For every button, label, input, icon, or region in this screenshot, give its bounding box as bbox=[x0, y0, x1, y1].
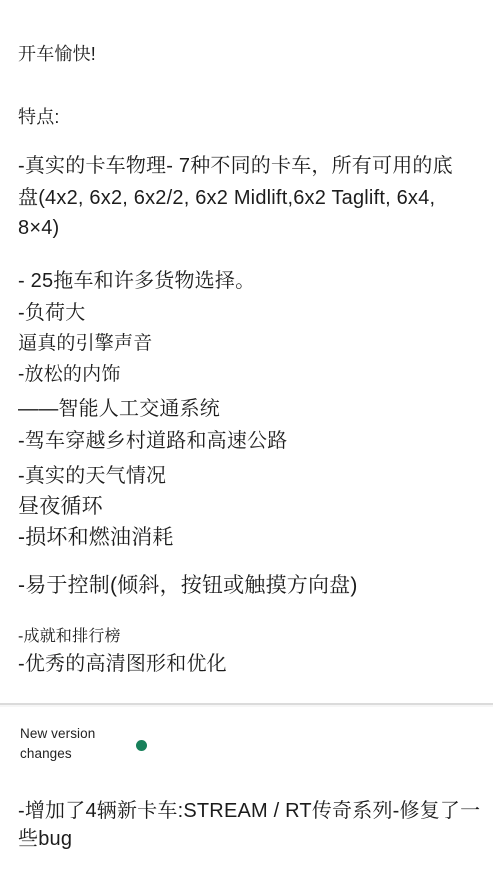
greeting-text: 开车愉快! bbox=[18, 44, 96, 66]
feature-line: 盘(4x2, 6x2, 6x2/2, 6x2 Midlift,6x2 Tagli… bbox=[18, 186, 435, 210]
feature-line: -驾车穿越乡村道路和高速公路 bbox=[18, 429, 287, 453]
new-version-indicator-dot bbox=[136, 740, 147, 751]
feature-line: -真实的天气情况 bbox=[18, 464, 166, 488]
feature-line: -放松的内饰 bbox=[18, 364, 121, 387]
feature-line: -负荷大 bbox=[18, 301, 85, 325]
whats-new-heading: New version changes bbox=[20, 724, 120, 763]
whats-new-line: -增加了4辆新卡车:STREAM / RT传奇系列-修复了一 bbox=[18, 799, 480, 823]
feature-line: -损坏和燃油消耗 bbox=[18, 525, 174, 550]
whats-new-line: 些bug bbox=[18, 827, 72, 851]
feature-line: - 25拖车和许多货物选择。 bbox=[18, 269, 255, 293]
feature-line: -真实的卡车物理- 7种不同的卡车，所有可用的底 bbox=[18, 154, 453, 178]
feature-line: 昼夜循环 bbox=[18, 494, 103, 519]
section-divider bbox=[0, 703, 493, 707]
feature-line: 8×4) bbox=[18, 216, 59, 240]
feature-line: ——智能人工交通系统 bbox=[18, 397, 220, 421]
feature-line: -易于控制(倾斜，按钮或触摸方向盘) bbox=[18, 573, 358, 598]
app-description-page[interactable]: 开车愉快! 特点: -真实的卡车物理- 7种不同的卡车，所有可用的底 盘(4x2… bbox=[0, 0, 493, 891]
feature-line: 逼真的引擎声音 bbox=[18, 333, 152, 356]
features-heading: 特点: bbox=[18, 107, 60, 129]
feature-line: -优秀的高清图形和优化 bbox=[18, 652, 227, 676]
feature-line: -成就和排行榜 bbox=[18, 627, 121, 646]
